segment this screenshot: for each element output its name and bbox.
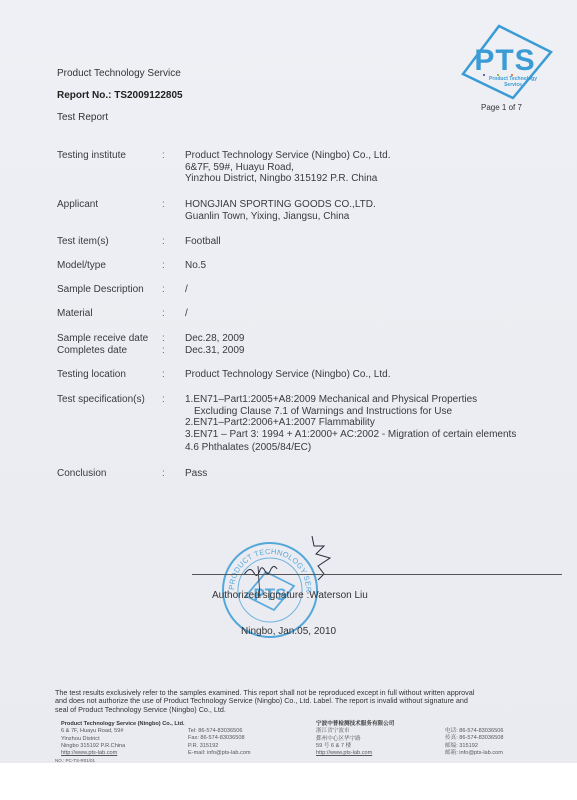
footer-line: 鄞州中心区华宇路 xyxy=(316,736,394,743)
footer-line: P.R. 315192 xyxy=(188,743,251,750)
footer-en-address: Product Technology Service (Ningbo) Co.,… xyxy=(61,721,185,757)
field-label: Material xyxy=(57,308,93,319)
footer-line: 邮编: 315192 xyxy=(445,743,503,750)
signature-place-date: Ningbo, Jan.05, 2010 xyxy=(241,626,336,637)
footer-line: Tel: 86-574-83036506 xyxy=(188,728,251,735)
field-label: Sample receive date xyxy=(57,333,148,344)
field-colon: : xyxy=(162,236,165,247)
field-label: Test item(s) xyxy=(57,236,109,247)
footer-en-contact: Tel: 86-574-83036506 Fax: 86-574-8303650… xyxy=(188,728,251,757)
field-colon: : xyxy=(162,333,165,344)
authorized-signature: Authorized signature :Waterson Liu xyxy=(212,590,368,601)
field-colon: : xyxy=(162,468,165,479)
disclaimer-line: seal of Product Technology Service (Ning… xyxy=(55,706,474,714)
spec-line: 3.EN71 – Part 3: 1994 + A1:2000+ AC:2002… xyxy=(185,429,516,441)
footer-line: Yinzhou District xyxy=(61,736,185,743)
footer-line: 传真: 86-574-83036508 xyxy=(445,735,503,742)
svg-text:PTS: PTS xyxy=(474,44,535,77)
footer-email: E-mail: info@pts-lab.com xyxy=(188,750,251,757)
value-line: 6&7F, 59#, Huayu Road, xyxy=(185,162,390,174)
field-label: Model/type xyxy=(57,260,106,271)
field-label: Test specification(s) xyxy=(57,394,145,405)
footer-line: Ningbo 315192 P.R.China xyxy=(61,743,185,750)
company-name: Product Technology Service xyxy=(57,68,181,79)
value-line: Yinzhou District, Ningbo 315192 P.R. Chi… xyxy=(185,173,390,185)
field-value: HONGJIAN SPORTING GOODS CO.,LTD. Guanlin… xyxy=(185,199,376,222)
field-colon: : xyxy=(162,199,165,210)
svg-text:Service: Service xyxy=(504,82,522,88)
footer-line: 6 & 7F, Huayu Road, 59# xyxy=(61,728,185,735)
field-value: 1.EN71–Part1:2005+A8:2009 Mechanical and… xyxy=(185,394,516,454)
field-label: Testing location xyxy=(57,369,126,380)
field-colon: : xyxy=(162,150,165,161)
field-colon: : xyxy=(162,394,165,405)
disclaimer: The test results exclusively refer to th… xyxy=(55,689,474,714)
value-line: HONGJIAN SPORTING GOODS CO.,LTD. xyxy=(185,199,376,211)
footer-en-company: Product Technology Service (Ningbo) Co.,… xyxy=(61,721,185,728)
pts-logo-icon: PTS Product Technology Service xyxy=(455,22,555,102)
document-page: Product Technology Service Report No.: T… xyxy=(0,0,577,763)
field-value: / xyxy=(185,308,188,320)
footer-line: Fax: 86-574-83036508 xyxy=(188,735,251,742)
spec-line: 4.6 Phthalates (2005/84/EC) xyxy=(185,442,516,454)
field-value: / xyxy=(185,284,188,296)
spec-line: 1.EN71–Part1:2005+A8:2009 Mechanical and… xyxy=(185,394,516,406)
field-label: Conclusion xyxy=(57,468,106,479)
footer-line: 59 号 6 & 7 楼 xyxy=(316,743,394,750)
field-colon: : xyxy=(162,369,165,380)
field-colon: : xyxy=(162,284,165,295)
field-value: Product Technology Service (Ningbo) Co.,… xyxy=(185,369,390,381)
footer-line: 邮箱: info@pts-lab.com xyxy=(445,750,503,757)
form-number: NO.: PC-TS-R01/01 xyxy=(55,757,95,764)
footer-line: 浙江省宁波市 xyxy=(316,728,394,735)
page-indicator: Page 1 of 7 xyxy=(481,103,522,112)
signature-line xyxy=(192,574,562,575)
field-colon: : xyxy=(162,345,165,356)
spec-line: Excluding Clause 7.1 of Warnings and Ins… xyxy=(185,406,516,418)
field-value: Football xyxy=(185,236,221,248)
field-label: Applicant xyxy=(57,199,98,210)
field-value: Dec.28, 2009 xyxy=(185,333,245,345)
field-label: Completes date xyxy=(57,345,127,356)
report-number: Report No.: TS2009122805 xyxy=(57,90,183,101)
field-value: Dec.31, 2009 xyxy=(185,345,245,357)
field-value: Pass xyxy=(185,468,207,480)
field-value: Product Technology Service (Ningbo) Co.,… xyxy=(185,150,390,185)
field-colon: : xyxy=(162,260,165,271)
footer-cn-contact: 电话: 86-574-83036506 传真: 86-574-83036508 … xyxy=(445,728,503,757)
value-line: Product Technology Service (Ningbo) Co.,… xyxy=(185,150,390,162)
value-line: Guanlin Town, Yixing, Jiangsu, China xyxy=(185,211,376,223)
field-colon: : xyxy=(162,308,165,319)
field-value: No.5 xyxy=(185,260,206,272)
footer-cn-address: 宁波中普检测技术服务有限公司 浙江省宁波市 鄞州中心区华宇路 59 号 6 & … xyxy=(316,721,394,757)
spec-line: 2.EN71–Part2:2006+A1:2007 Flammability xyxy=(185,417,516,429)
document-type: Test Report xyxy=(57,112,108,123)
field-label: Testing institute xyxy=(57,150,126,161)
field-label: Sample Description xyxy=(57,284,144,295)
footer-cn-website-link[interactable]: http://www.pts-lab.com xyxy=(316,750,394,757)
